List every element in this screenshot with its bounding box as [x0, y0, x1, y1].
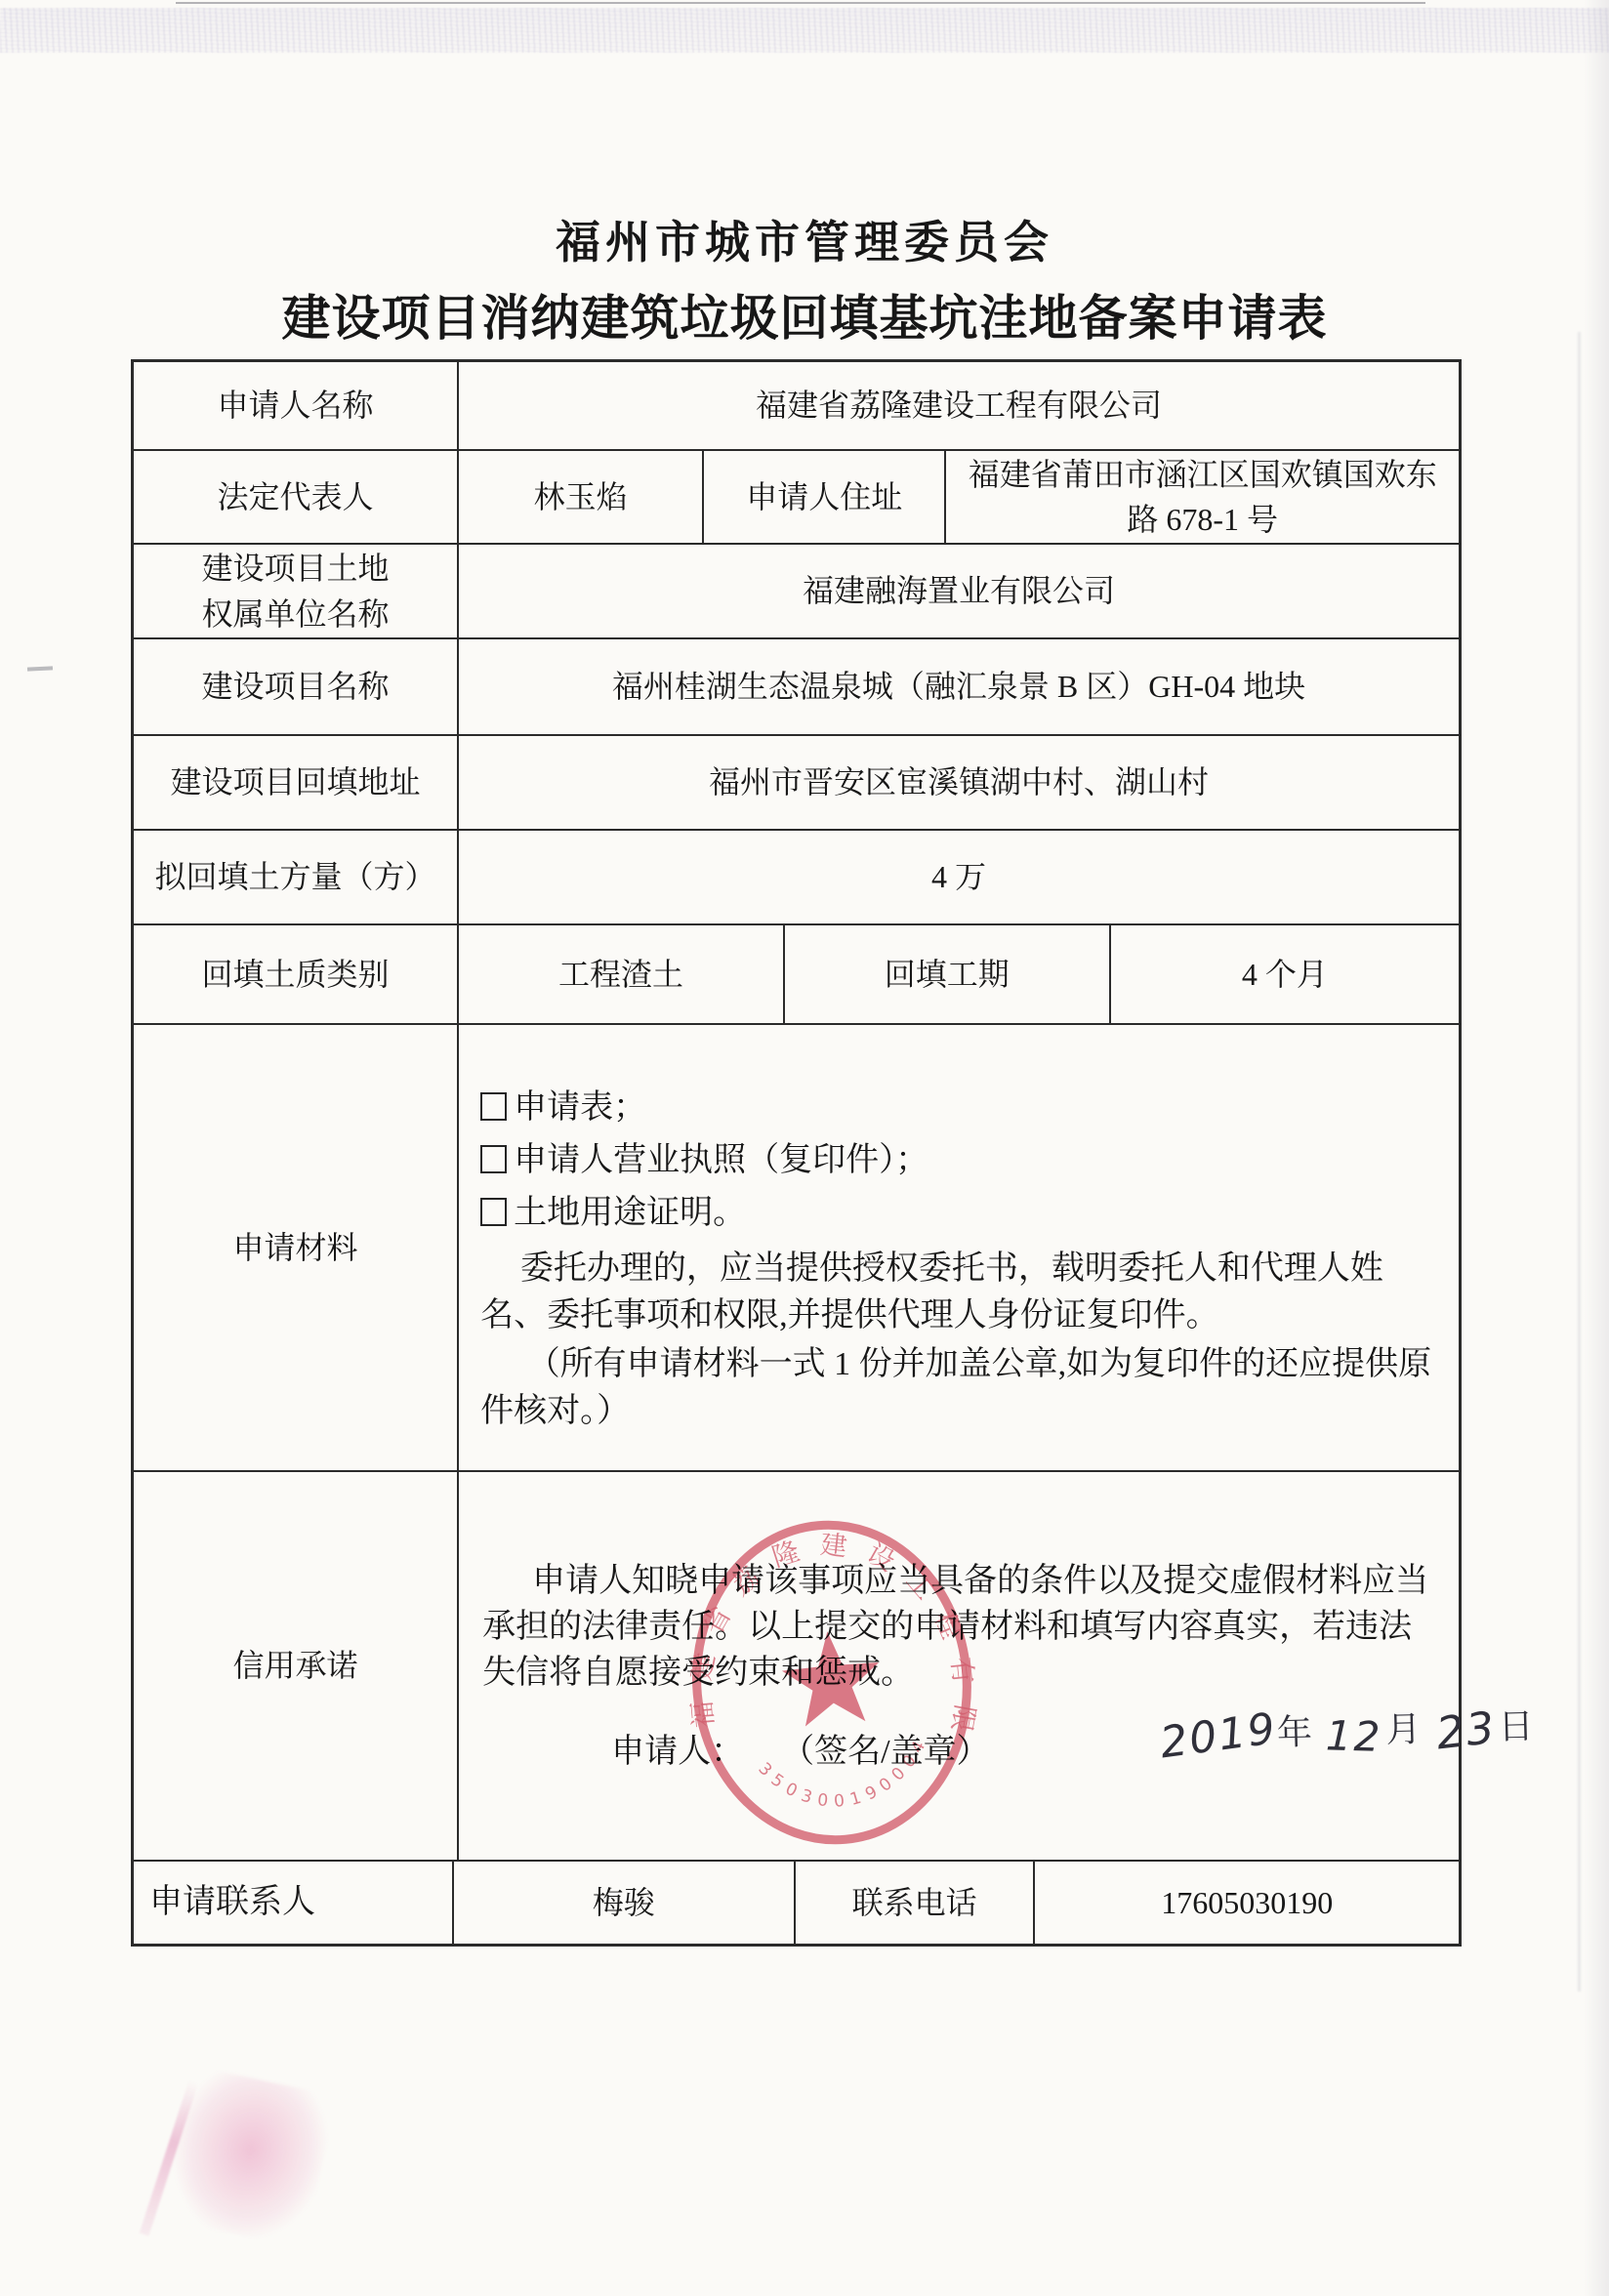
signature-line: 申请人：（签名/盖章） — [611, 1728, 989, 1776]
materials-note-copies: （所有申请材料一式 1 份并加盖公章,如为复印件的还应提供原件核对。） — [480, 1341, 1435, 1435]
organization-title: 福州市城市管理委员会 — [0, 207, 1609, 271]
backfill-address-label: 建设项目回填地址 — [134, 736, 457, 829]
contact-phone-label: 联系电话 — [794, 1862, 1034, 1944]
scanner-noise-artifact — [0, 8, 1609, 53]
land-owner-value: 福建融海置业有限公司 — [457, 545, 1459, 637]
row-contact: 申请联系人 梅骏 联系电话 17605030190 — [134, 1860, 1459, 1944]
form-title: 建设项目消纳建筑垃圾回填基坑洼地备案申请表 — [0, 279, 1609, 349]
materials-content: 申请表； 申请人营业执照（复印件）； 土地用途证明。 委托办理的，应当提供授权委… — [457, 1025, 1459, 1470]
backfill-volume-value: 4 万 — [457, 831, 1459, 923]
scanned-form-page: 福州市城市管理委员会 建设项目消纳建筑垃圾回填基坑洼地备案申请表 申请人名称 福… — [0, 0, 1609, 2296]
row-project-name: 建设项目名称 福州桂湖生态温泉城（融汇泉景 B 区）GH-04 地块 — [134, 637, 1459, 734]
contact-label: 申请联系人 — [134, 1862, 452, 1944]
applicant-address-label: 申请人住址 — [702, 451, 944, 543]
checkbox-icon — [480, 1092, 507, 1121]
signature-label: 申请人： — [611, 1734, 744, 1770]
row-backfill-address: 建设项目回填地址 福州市晋安区宦溪镇湖中村、湖山村 — [134, 734, 1459, 829]
backfill-volume-label: 拟回填土方量（方） — [134, 831, 457, 923]
paper-fold-streak-artifact — [1578, 332, 1581, 1991]
soil-type-label: 回填土质类别 — [134, 925, 457, 1023]
material-item: 申请表； — [480, 1082, 1435, 1134]
handwritten-day: 23 — [1434, 1701, 1500, 1760]
backfill-address-value: 福州市晋安区宦溪镇湖中村、湖山村 — [457, 736, 1459, 829]
backfill-period-value: 4 个月 — [1109, 925, 1459, 1023]
month-unit: 月 — [1385, 1701, 1422, 1752]
soil-type-value: 工程渣土 — [457, 925, 783, 1023]
checkbox-icon — [480, 1198, 507, 1226]
material-item: 土地用途证明。 — [480, 1187, 1435, 1240]
day-unit: 日 — [1498, 1699, 1534, 1749]
row-applicant-name: 申请人名称 福建省荔隆建设工程有限公司 — [134, 362, 1459, 449]
legal-rep-value: 林玉焰 — [457, 451, 702, 543]
credit-label: 信用承诺 — [134, 1472, 457, 1860]
material-item: 申请人营业执照（复印件）； — [480, 1134, 1435, 1187]
scan-edge-line-artifact — [176, 2, 1425, 4]
handwritten-year: 2019 — [1157, 1703, 1280, 1768]
applicant-name-value: 福建省荔隆建设工程有限公司 — [457, 362, 1459, 449]
land-owner-label: 建设项目土地 权属单位名称 — [134, 545, 457, 637]
credit-statement: 申请人知晓申请该事项应当具备的条件以及提交虚假材料应当承担的法律责任。以上提交的… — [482, 1558, 1437, 1696]
row-credit-commitment: 信用承诺 申请人知晓申请该事项应当具备的条件以及提交虚假材料应当承担的法律责任。… — [134, 1470, 1459, 1860]
row-backfill-volume: 拟回填土方量（方） 4 万 — [134, 829, 1459, 923]
applicant-address-value: 福建省莆田市涵江区国欢镇国欢东路 678-1 号 — [944, 451, 1459, 543]
row-land-owner-unit: 建设项目土地 权属单位名称 福建融海置业有限公司 — [134, 543, 1459, 637]
project-name-value: 福州桂湖生态温泉城（融汇泉景 B 区）GH-04 地块 — [457, 639, 1459, 734]
margin-dash-artifact — [27, 666, 53, 671]
materials-note-delegate: 委托办理的，应当提供授权委托书，载明委托人和代理人姓名、委托事项和权限,并提供代… — [480, 1246, 1435, 1339]
year-unit: 年 — [1276, 1704, 1312, 1755]
project-name-label: 建设项目名称 — [134, 639, 457, 734]
backfill-period-label: 回填工期 — [783, 925, 1109, 1023]
signature-hint: （签名/盖章） — [781, 1734, 989, 1770]
row-soil-type: 回填土质类别 工程渣土 回填工期 4 个月 — [134, 923, 1459, 1023]
checkbox-icon — [480, 1145, 507, 1173]
applicant-name-label: 申请人名称 — [134, 362, 457, 449]
handwritten-month: 12 — [1325, 1711, 1382, 1760]
row-application-materials: 申请材料 申请表； 申请人营业执照（复印件）； 土地用途证明。 委托办理的，应当… — [134, 1023, 1459, 1470]
contact-phone-value: 17605030190 — [1033, 1862, 1459, 1944]
row-legal-representative: 法定代表人 林玉焰 申请人住址 福建省莆田市涵江区国欢镇国欢东路 678-1 号 — [134, 449, 1459, 543]
credit-content: 申请人知晓申请该事项应当具备的条件以及提交虚假材料应当承担的法律责任。以上提交的… — [457, 1472, 1459, 1860]
contact-name-value: 梅骏 — [452, 1862, 794, 1944]
handwritten-date: 2019年12月23日 — [1159, 1702, 1482, 1763]
legal-rep-label: 法定代表人 — [134, 451, 457, 543]
materials-label: 申请材料 — [134, 1025, 457, 1470]
